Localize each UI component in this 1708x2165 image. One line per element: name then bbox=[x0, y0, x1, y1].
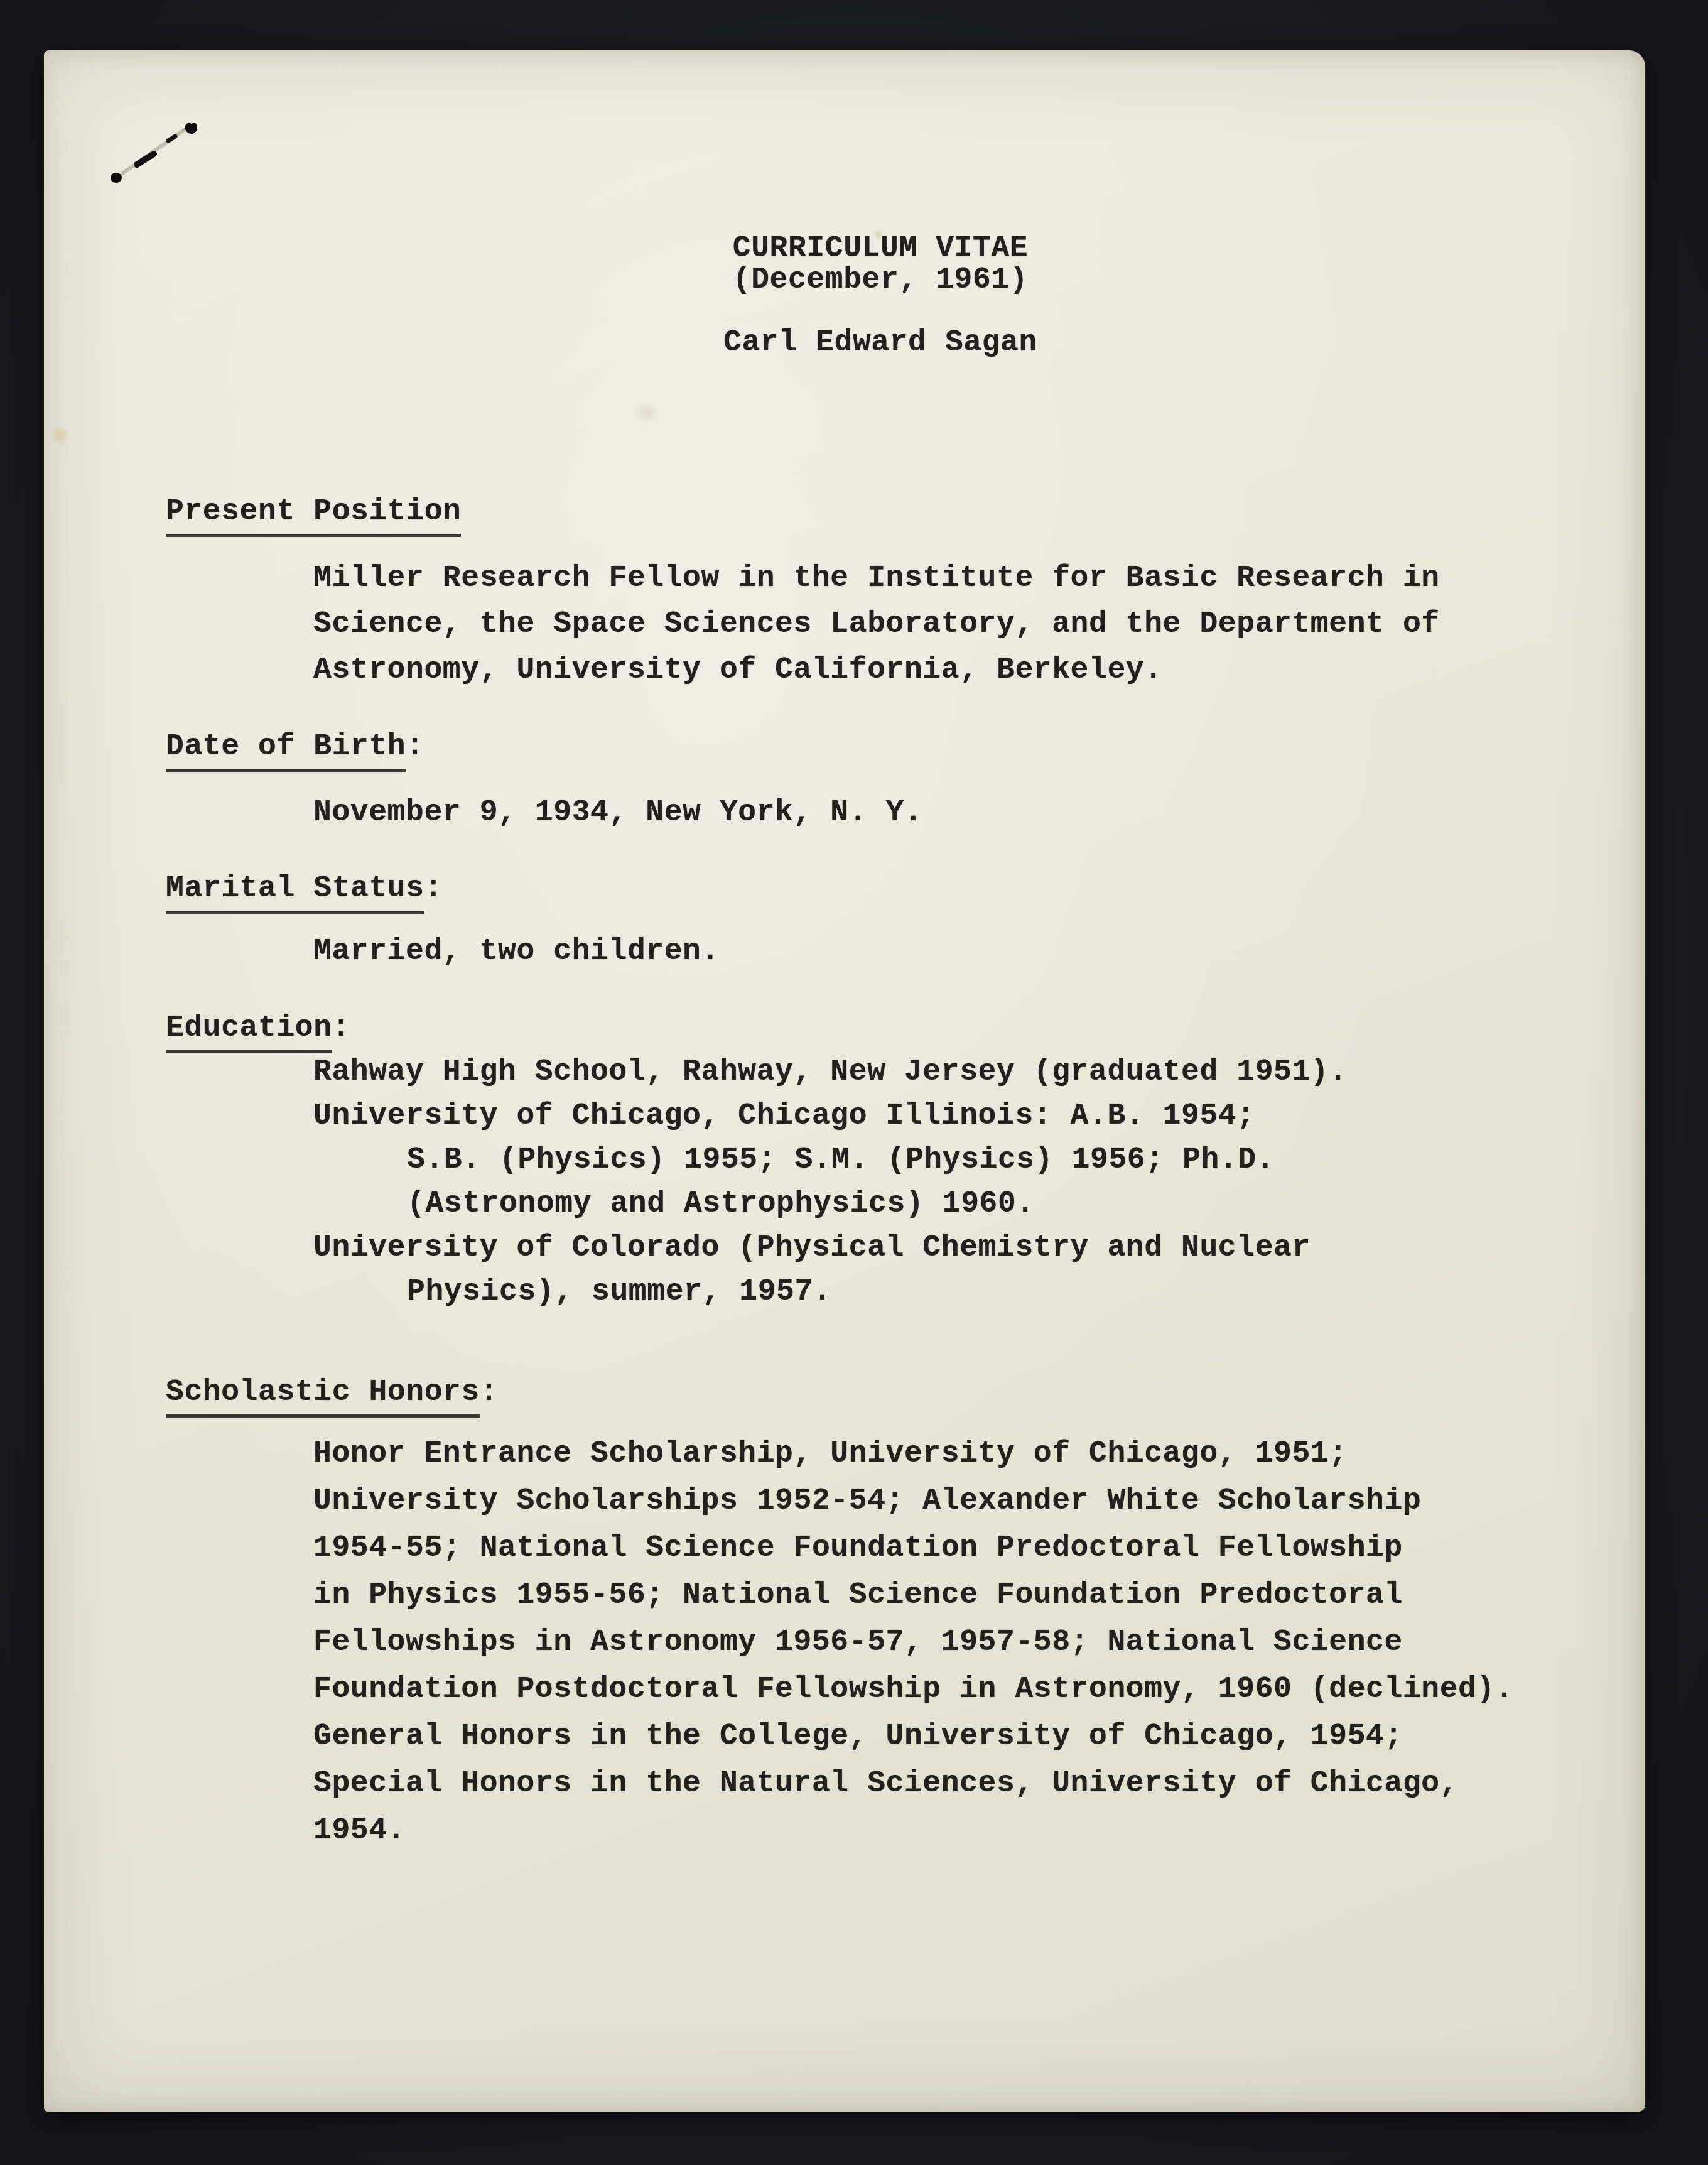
cv-line: Married, two children. bbox=[313, 928, 720, 975]
cv-line: Fellowships in Astronomy 1956-57, 1957-5… bbox=[313, 1619, 1513, 1666]
document-title: CURRICULUM VITAE bbox=[80, 233, 1681, 264]
heading-text: Present Position bbox=[166, 495, 461, 537]
date-of-birth-body: November 9, 1934, New York, N. Y. bbox=[313, 789, 922, 837]
heading-text: Date of Birth bbox=[166, 730, 406, 772]
cv-page: CURRICULUM VITAE (December, 1961) Carl E… bbox=[44, 50, 1645, 2112]
cv-line: University Scholarships 1952-54; Alexand… bbox=[313, 1478, 1513, 1525]
heading-text: Education bbox=[166, 1011, 332, 1053]
cv-line: 1954-55; National Science Foundation Pre… bbox=[313, 1525, 1513, 1572]
cv-line: Foundation Postdoctoral Fellowship in As… bbox=[313, 1666, 1513, 1713]
heading-colon: : bbox=[424, 872, 443, 906]
marital-status-body: Married, two children. bbox=[313, 928, 720, 975]
cv-line: 1954. bbox=[313, 1808, 1513, 1855]
section-heading-scholastic-honors: Scholastic Honors: bbox=[166, 1369, 498, 1416]
scholastic-honors-body: Honor Entrance Scholarship, University o… bbox=[313, 1431, 1513, 1855]
cv-line: S.B. (Physics) 1955; S.M. (Physics) 1956… bbox=[313, 1138, 1348, 1182]
section-heading-present-position: Present Position bbox=[166, 489, 461, 536]
cv-line: Special Honors in the Natural Sciences, … bbox=[313, 1761, 1513, 1808]
paper-stain bbox=[634, 402, 659, 423]
heading-colon: : bbox=[406, 730, 424, 764]
cv-line: November 9, 1934, New York, N. Y. bbox=[313, 789, 922, 837]
cv-line: Miller Research Fellow in the Institute … bbox=[313, 556, 1440, 602]
document-date: (December, 1961) bbox=[80, 264, 1681, 296]
author-name: Carl Edward Sagan bbox=[80, 327, 1681, 359]
cv-line: (Astronomy and Astrophysics) 1960. bbox=[313, 1182, 1348, 1226]
present-position-body: Miller Research Fellow in the Institute … bbox=[313, 556, 1440, 693]
section-heading-education: Education: bbox=[166, 1005, 350, 1052]
cv-line: in Physics 1955-56; National Science Fou… bbox=[313, 1572, 1513, 1619]
cv-line: Science, the Space Sciences Laboratory, … bbox=[313, 602, 1440, 648]
cv-line: Astronomy, University of California, Ber… bbox=[313, 648, 1440, 693]
cv-line: University of Colorado (Physical Chemist… bbox=[313, 1226, 1348, 1270]
title-block: CURRICULUM VITAE (December, 1961) Carl E… bbox=[80, 233, 1681, 359]
section-heading-marital-status: Marital Status: bbox=[166, 865, 443, 913]
heading-colon: : bbox=[480, 1376, 498, 1409]
heading-text: Scholastic Honors bbox=[166, 1376, 480, 1418]
heading-text: Marital Status bbox=[166, 872, 424, 914]
cv-line: Rahway High School, Rahway, New Jersey (… bbox=[313, 1050, 1348, 1094]
education-body: Rahway High School, Rahway, New Jersey (… bbox=[313, 1050, 1348, 1314]
paper-stain bbox=[49, 426, 70, 445]
cv-line: Honor Entrance Scholarship, University o… bbox=[313, 1431, 1513, 1478]
section-heading-date-of-birth: Date of Birth: bbox=[166, 724, 424, 771]
heading-colon: : bbox=[332, 1011, 350, 1045]
cv-line: Physics), summer, 1957. bbox=[313, 1270, 1348, 1314]
cv-line: University of Chicago, Chicago Illinois:… bbox=[313, 1094, 1348, 1138]
cv-line: General Honors in the College, Universit… bbox=[313, 1713, 1513, 1761]
